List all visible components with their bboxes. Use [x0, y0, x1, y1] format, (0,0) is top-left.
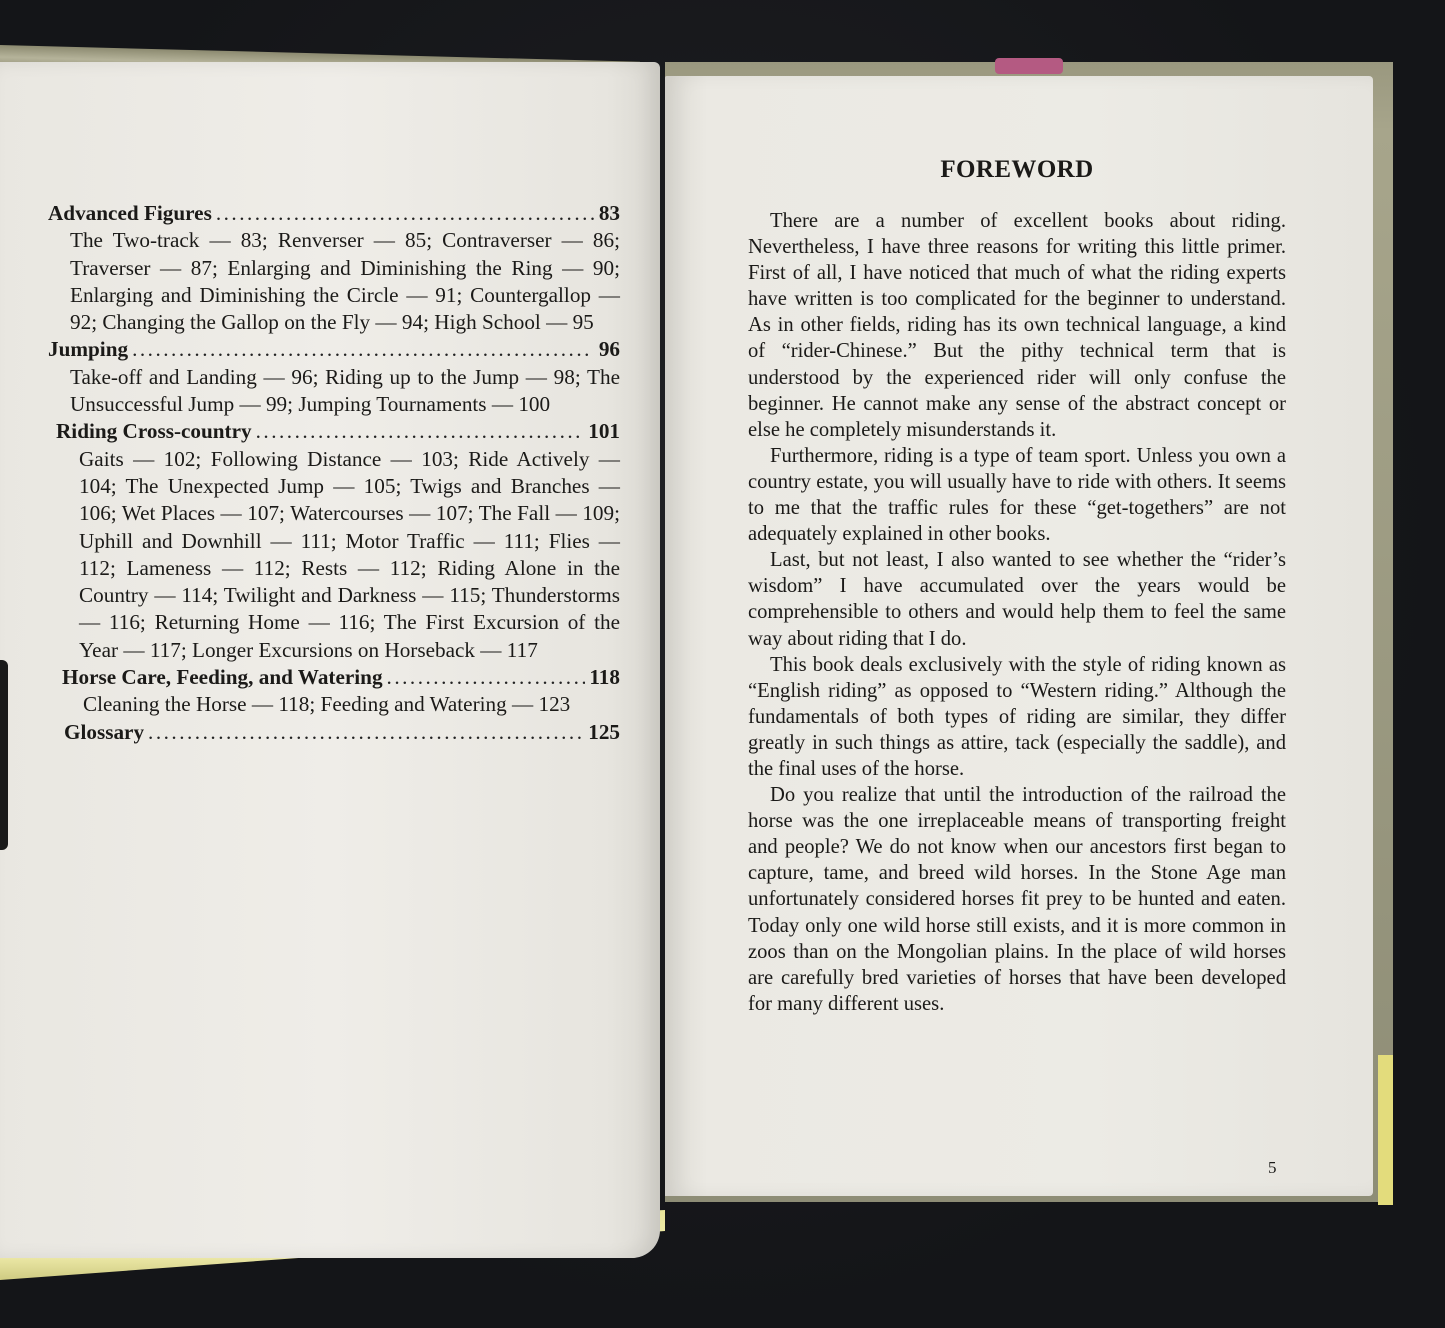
- toc-subsections: Cleaning the Horse — 118; Feeding and Wa…: [83, 691, 620, 718]
- right-cover-yellow-edge: [1378, 1055, 1393, 1205]
- dot-leader: [256, 418, 585, 445]
- foreword-title: FOREWORD: [748, 152, 1286, 188]
- left-page-edge-shadow: [0, 660, 8, 850]
- toc-heading: Horse Care, Feeding, and Watering 118: [48, 664, 620, 691]
- toc-heading: Riding Cross-country 101: [48, 418, 620, 445]
- toc-page-number: 125: [584, 719, 620, 746]
- toc-title: Horse Care, Feeding, and Watering: [62, 664, 387, 691]
- table-of-contents: Advanced Figures 83 The Two-track — 83; …: [48, 200, 620, 746]
- toc-page-number: 96: [595, 336, 620, 363]
- toc-heading: Jumping 96: [48, 336, 620, 363]
- dot-leader: [148, 719, 584, 746]
- paragraph: There are a number of excellent books ab…: [748, 208, 1286, 443]
- toc-title: Glossary: [64, 719, 148, 746]
- paragraph: Do you realize that until the introducti…: [748, 782, 1286, 1017]
- bookmark-ribbon: [995, 58, 1063, 74]
- dot-leader: [132, 336, 595, 363]
- toc-page-number: 101: [584, 418, 620, 445]
- toc-entry: Glossary 125: [48, 719, 620, 746]
- toc-heading: Advanced Figures 83: [48, 200, 620, 227]
- toc-subsections: Take-off and Landing — 96; Riding up to …: [70, 364, 620, 419]
- paragraph: Last, but not least, I also wanted to se…: [748, 547, 1286, 651]
- dot-leader: [387, 664, 586, 691]
- toc-entry: Jumping 96 Take-off and Landing — 96; Ri…: [48, 336, 620, 418]
- foreword-section: FOREWORD There are a number of excellent…: [748, 152, 1286, 1017]
- toc-title: Riding Cross-country: [56, 418, 256, 445]
- toc-entry: Advanced Figures 83 The Two-track — 83; …: [48, 200, 620, 336]
- dot-leader: [216, 200, 595, 227]
- toc-heading: Glossary 125: [48, 719, 620, 746]
- toc-page-number: 83: [595, 200, 620, 227]
- paragraph: This book deals exclusively with the sty…: [748, 652, 1286, 782]
- toc-page-number: 118: [585, 664, 620, 691]
- toc-subsections: The Two-track — 83; Renverser — 85; Cont…: [70, 227, 620, 336]
- page-number: 5: [1268, 1158, 1277, 1178]
- toc-entry: Horse Care, Feeding, and Watering 118 Cl…: [48, 664, 620, 719]
- toc-entry: Riding Cross-country 101 Gaits — 102; Fo…: [48, 418, 620, 664]
- toc-subsections: Gaits — 102; Following Distance — 103; R…: [79, 446, 620, 664]
- foreword-body: There are a number of excellent books ab…: [748, 208, 1286, 1017]
- toc-title: Jumping: [48, 336, 132, 363]
- toc-title: Advanced Figures: [48, 200, 216, 227]
- paragraph: Furthermore, riding is a type of team sp…: [748, 443, 1286, 547]
